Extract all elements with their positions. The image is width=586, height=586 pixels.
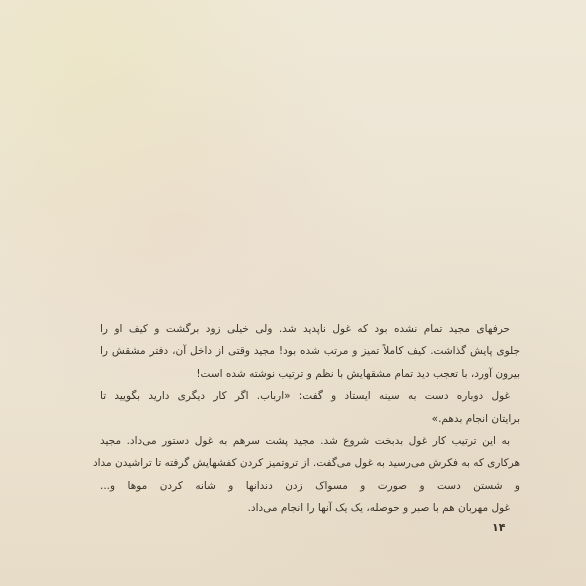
text-line: جلوی پایش گذاشت. کیف کاملاً تمیز و مرتب … (100, 340, 520, 362)
page-number: ۱۴ (492, 521, 505, 534)
text-line: غول مهربان هم با صبر و حوصله، یک یک آنها… (100, 497, 520, 519)
text-line: برایتان انجام بدهم.» (100, 408, 520, 430)
text-line: هرکاری که به فکرش می‌رسید به غول می‌گفت.… (100, 452, 520, 474)
text-line: بیرون آورد، با تعجب دید تمام مشقهایش با … (100, 363, 520, 385)
story-text: حرفهای مجید تمام نشده بود که غول ناپدید … (100, 318, 520, 520)
text-line: و شستن دست و صورت و مسواک زدن دندانها و … (100, 475, 520, 497)
book-page: حرفهای مجید تمام نشده بود که غول ناپدید … (0, 0, 586, 586)
text-line: به این ترتیب کار غول بدبخت شروع شد. مجید… (100, 430, 520, 452)
text-line: حرفهای مجید تمام نشده بود که غول ناپدید … (100, 318, 520, 340)
text-line: غول دوباره دست به سینه ایستاد و گفت: «ار… (100, 385, 520, 407)
